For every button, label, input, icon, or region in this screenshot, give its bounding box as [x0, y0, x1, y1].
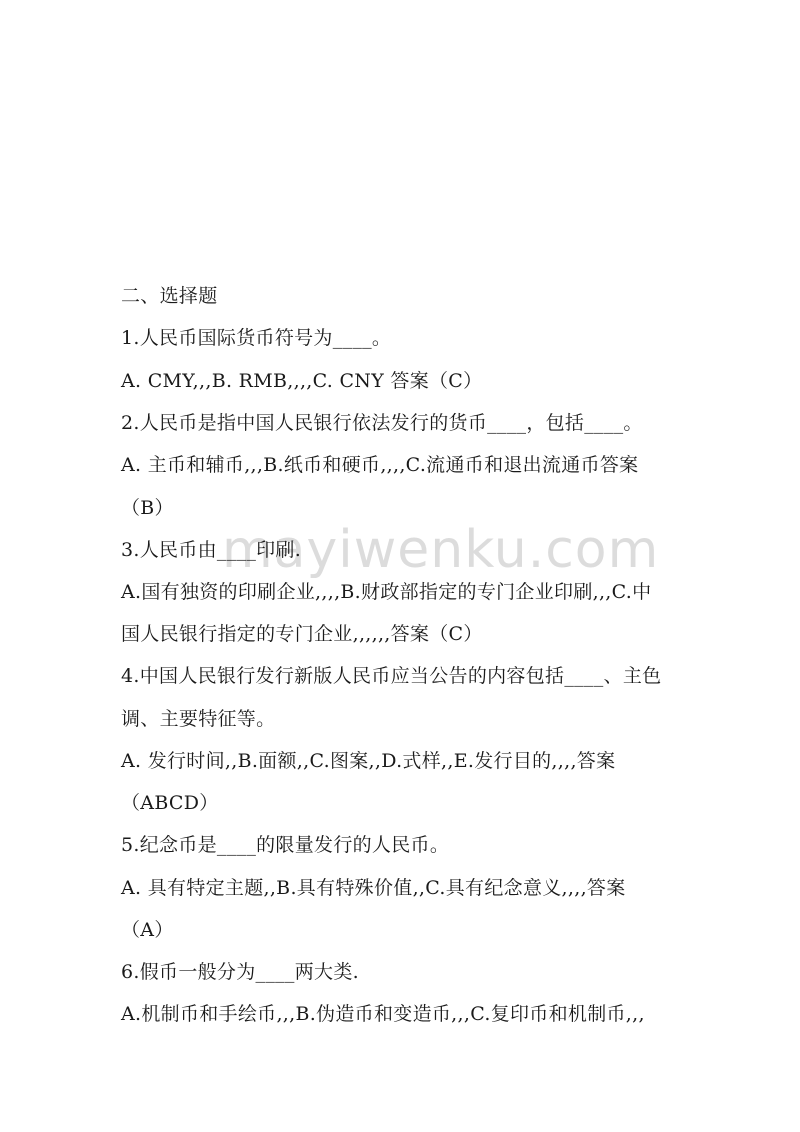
question-5: 5.纪念币是____的限量发行的人民币。 — [121, 833, 449, 857]
document-page: mayiwenku.com 二、选择题 1.人民币国际货币符号为____。 A.… — [0, 0, 800, 1132]
question-4-options: A. 发行时间,,B.面额,,C.图案,,D.式样,,E.发行目的,,,,答案 — [121, 749, 615, 773]
question-4-cont: 调、主要特征等。 — [121, 707, 275, 731]
question-6-options: A.机制币和手绘币,,,B.伪造币和变造币,,,C.复印币和机制币,,, — [121, 1002, 645, 1026]
question-3: 3.人民币由____印刷. — [121, 538, 301, 562]
question-2-options: A. 主币和辅币,,,B.纸币和硬币,,,,C.流通币和退出流通币答案 — [121, 453, 638, 477]
question-5-answer: （A） — [121, 918, 174, 942]
question-4: 4.中国人民银行发行新版人民币应当公告的内容包括____、主色 — [121, 664, 661, 688]
section-title: 二、选择题 — [121, 284, 218, 308]
question-4-answer: （ABCD） — [121, 791, 219, 815]
question-1: 1.人民币国际货币符号为____。 — [121, 326, 391, 350]
question-2: 2.人民币是指中国人民银行依法发行的货币____，包括____。 — [121, 411, 643, 435]
question-2-answer: （B） — [121, 496, 174, 520]
question-1-options: A. CMY,,,B. RMB,,,,C. CNY 答案（C） — [121, 369, 482, 393]
question-3-options-cont: 国人民银行指定的专门企业,,,,,,答案（C） — [121, 622, 483, 646]
question-3-options: A.国有独资的印刷企业,,,,B.财政部指定的专门企业印刷,,,C.中 — [121, 580, 651, 604]
question-6: 6.假币一般分为____两大类. — [121, 960, 359, 984]
question-5-options: A. 具有特定主题,,B.具有特殊价值,,C.具有纪念意义,,,,答案 — [121, 876, 626, 900]
